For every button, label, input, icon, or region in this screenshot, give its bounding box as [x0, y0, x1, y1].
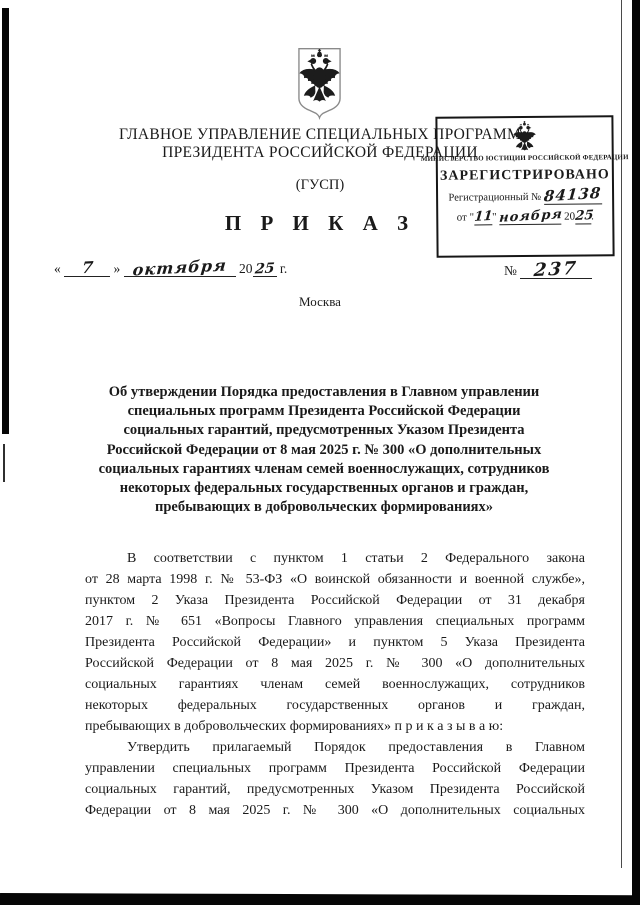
document-number-line: № 237	[504, 263, 592, 279]
stamp-eagle-icon	[509, 120, 539, 153]
year-unit: г.	[280, 261, 287, 276]
stamp-handwritten-month: ноября	[499, 208, 564, 226]
stamp-registration-number-line: Регистрационный № 84138	[448, 188, 601, 205]
handwritten-number: 237	[534, 262, 579, 278]
title-line: социальных гарантий, предусмотренных Ука…	[66, 421, 582, 440]
stamp-handwritten-day: 11	[473, 210, 492, 225]
document-body: В соответствии с пунктом 1 статьи 2 Феде…	[85, 548, 585, 821]
title-line: некоторых федеральных государственных ор…	[66, 479, 582, 498]
stamp-date-prefix: от	[457, 212, 467, 224]
number-underline: 237	[520, 263, 592, 279]
body-line: пунктом 2 Указа Президента Российской Фе…	[85, 590, 585, 611]
year-underline: 25	[253, 262, 277, 277]
open-quote: «	[54, 261, 61, 276]
stamp-close-quote: "	[492, 211, 497, 223]
handwritten-month: октября	[132, 259, 227, 278]
body-line: пребывающих в добровольческих формирован…	[85, 716, 585, 737]
stamp-year-prefix: 20	[564, 211, 575, 223]
stamp-reg-label: Регистрационный №	[448, 192, 541, 204]
close-quote: »	[114, 261, 121, 276]
stamp-month-underline: ноября	[499, 210, 561, 226]
registration-stamp: МИНИСТЕРСТВО ЮСТИЦИИ РОССИЙСКОЙ ФЕДЕРАЦИ…	[435, 115, 614, 258]
title-line: социальных гарантиях членам семей военно…	[66, 460, 582, 479]
number-label: №	[504, 263, 517, 278]
title-line: специальных программ Президента Российск…	[66, 402, 582, 421]
body-line: управлении специальных программ Президен…	[85, 758, 585, 779]
city-label: Москва	[0, 294, 640, 310]
date-line: « 7 » октября 2025 г.	[54, 261, 287, 277]
body-line: 2017 г. № 651 «Вопросы Главного управлен…	[85, 611, 585, 632]
stamp-handwritten-number: 84138	[543, 187, 601, 202]
scan-edge-left-thin	[3, 444, 5, 482]
title-line: Российской Федерации от 8 мая 2025 г. № …	[66, 441, 582, 460]
body-line: Федерации от 8 мая 2025 г. № 300 «О допо…	[85, 800, 585, 821]
title-line: Об утверждении Порядка предоставления в …	[66, 383, 582, 402]
body-line: В соответствии с пунктом 1 статьи 2 Феде…	[85, 548, 585, 569]
handwritten-day: 7	[81, 261, 93, 276]
title-line: пребывающих в добровольческих формирован…	[66, 498, 582, 517]
year-prefix: 20	[239, 261, 253, 276]
stamp-ministry-line: МИНИСТЕРСТВО ЮСТИЦИИ РОССИЙСКОЙ ФЕДЕРАЦИ…	[421, 154, 629, 163]
handwritten-year: 25	[254, 261, 275, 276]
body-line: социальных гарантиях членам семей военно…	[85, 674, 585, 695]
body-line: Российской Федерации от 8 мая 2025 г. № …	[85, 653, 585, 674]
stamp-reg-underline: 84138	[544, 188, 602, 205]
coat-of-arms-icon	[296, 46, 343, 121]
document-page: ГЛАВНОЕ УПРАВЛЕНИЕ СПЕЦИАЛЬНЫХ ПРОГРАММ …	[0, 0, 640, 905]
document-title: Об утверждении Порядка предоставления в …	[66, 383, 582, 517]
stamp-date-line: от "11" ноября 2025.	[457, 209, 594, 225]
month-underline: октября	[124, 261, 236, 277]
stamp-handwritten-year: 25	[574, 209, 593, 224]
body-line: Утвердить прилагаемый Порядок предоставл…	[85, 737, 585, 758]
body-line: от 28 марта 1998 г. № 53-ФЗ «О воинской …	[85, 569, 585, 590]
scan-edge-bottom	[0, 893, 640, 905]
day-underline: 7	[64, 261, 110, 277]
body-line: некоторых федеральных государственных ор…	[85, 695, 585, 716]
body-line: социальных гарантий, предусмотренных Ука…	[85, 779, 585, 800]
body-line: Президента Российской Федерации» и пункт…	[85, 632, 585, 653]
stamp-day-underline: 11	[474, 210, 492, 225]
stamp-year-underline: 25	[575, 209, 591, 224]
stamp-registered-label: ЗАРЕГИСТРИРОВАНО	[440, 167, 610, 184]
